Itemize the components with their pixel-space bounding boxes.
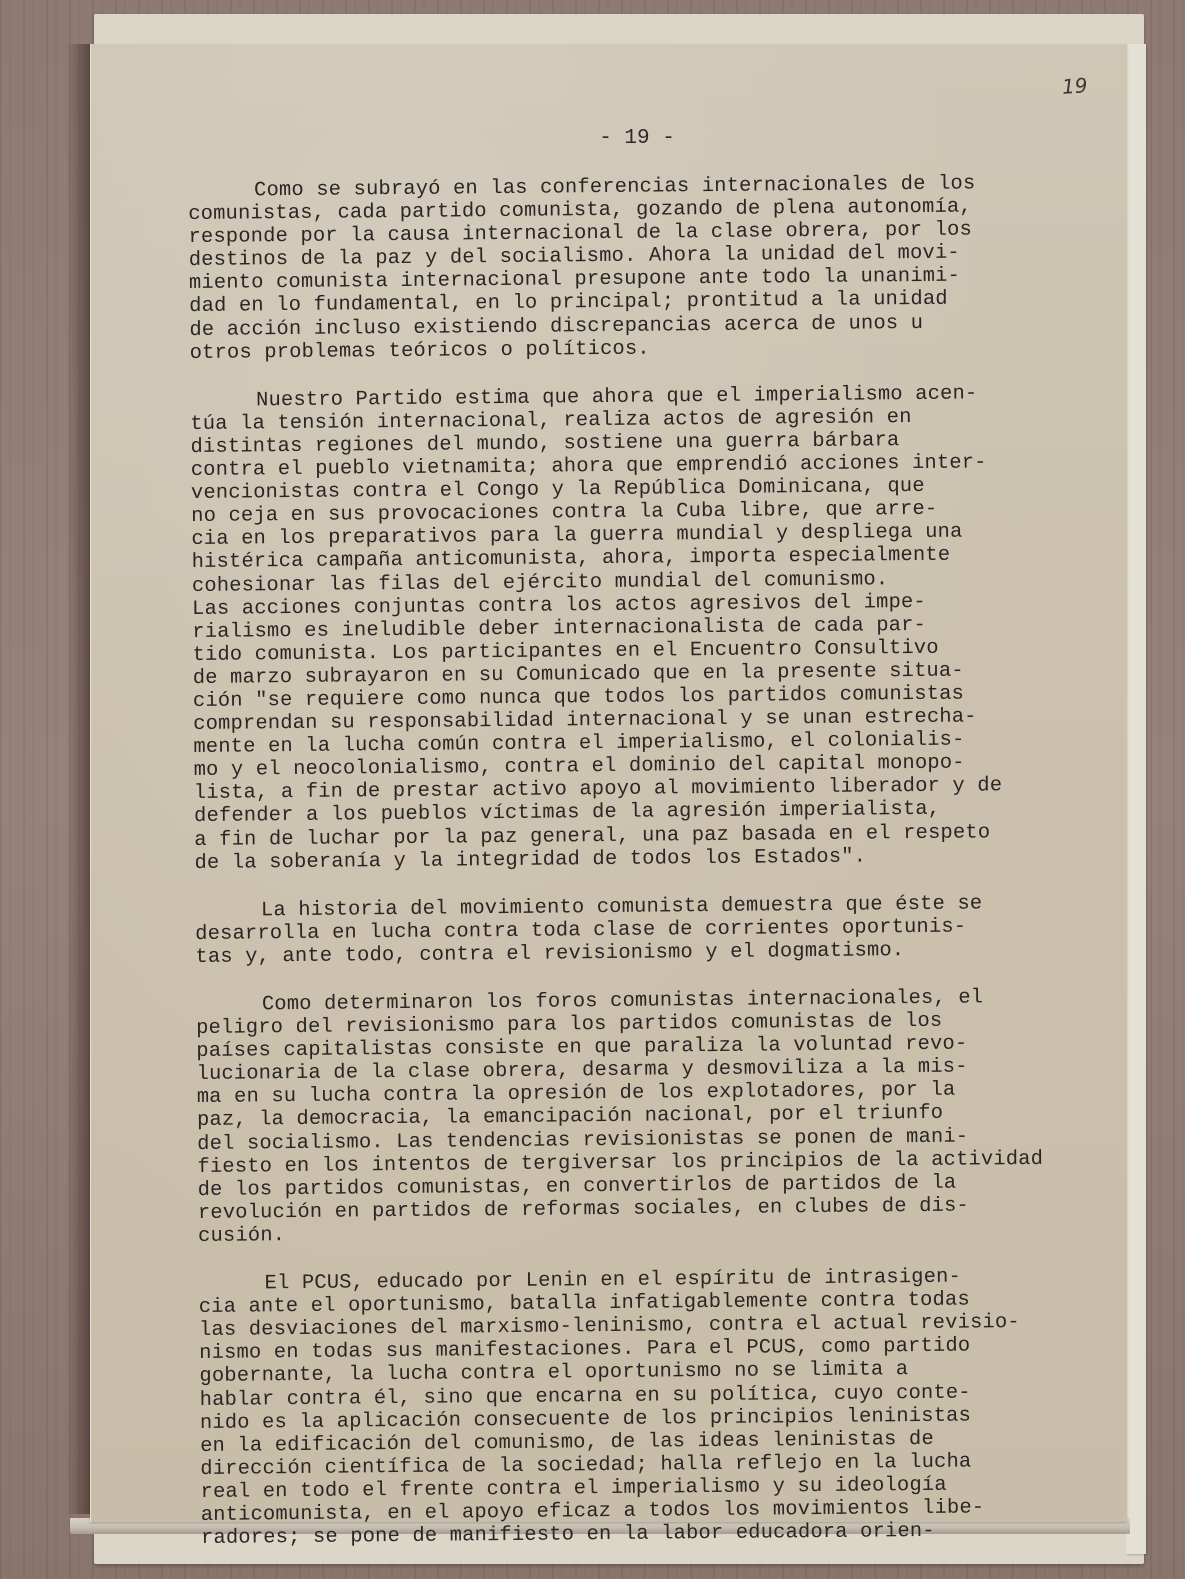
paragraph: El PCUS, educado por Lenin en el espírit… xyxy=(198,1264,1121,1550)
page-number: - 19 - xyxy=(0,127,1185,150)
document-body: Como se subrayó en las conferencias inte… xyxy=(188,171,1121,1575)
paragraph: Como determinaron los foros comunistas i… xyxy=(196,985,1118,1248)
page-shadow xyxy=(66,44,92,1514)
handwritten-folio-number: 19 xyxy=(1061,73,1088,99)
paragraph: Nuestro Partido estima que ahora que el … xyxy=(190,381,1115,875)
paragraph: La historia del movimiento comunista dem… xyxy=(195,891,1116,969)
paragraph: Como se subrayó en las conferencias inte… xyxy=(188,171,1110,365)
underlying-sheet-edge xyxy=(1126,44,1146,1554)
